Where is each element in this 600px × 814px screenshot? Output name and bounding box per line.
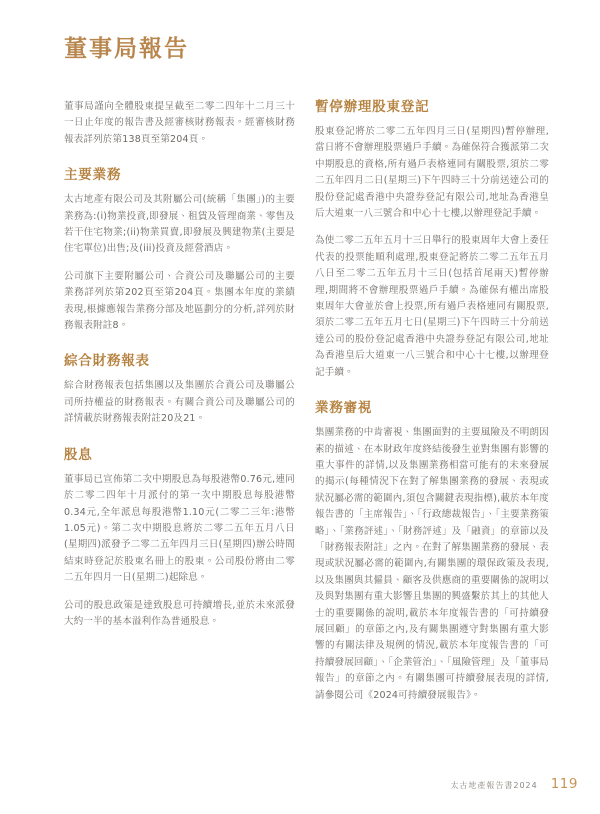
report-page: 董事局報告 董事局謹向全體股東提呈截至二零二四年十二月三十一日止年度的報告書及經… (0, 0, 600, 814)
right-column: 暫停辦理股東登記 股東登記將於二零二五年四月三日(星期四)暫停辦理,當日將不會辦… (315, 95, 549, 715)
heading-consolidated-financial-statements: 綜合財務報表 (64, 349, 295, 369)
heading-principal-activities: 主要業務 (64, 163, 295, 183)
heading-dividends: 股息 (64, 443, 295, 463)
heading-business-review: 業務審視 (315, 396, 549, 416)
section-business-review: 業務審視 集團業務的中肯審視、集團面對的主要風險及不明朗因素的描述、在本財政年度… (315, 396, 549, 704)
heading-closure-of-register: 暫停辦理股東登記 (315, 95, 549, 115)
paragraph: 集團業務的中肯審視、集團面對的主要風險及不明朗因素的描述、在本財政年度終結後發生… (315, 425, 549, 704)
paragraph: 為使二零二五年五月十三日舉行的股東周年大會上委任代表的投票能順利處理,股東登記將… (315, 233, 549, 381)
section-closure-of-register: 暫停辦理股東登記 股東登記將於二零二五年四月三日(星期四)暫停辦理,當日將不會辦… (315, 95, 549, 381)
section-principal-activities: 主要業務 太古地產有限公司及其附屬公司(統稱「集團」)的主要業務為:(i)物業投… (64, 163, 295, 334)
page-title: 董事局報告 (64, 30, 189, 63)
footer-report-name: 太古地產報告書2024 (450, 780, 537, 791)
section-dividends: 股息 董事局已宣佈第二次中期股息為每股港幣0.76元,連同於二零二四年十月派付的… (64, 443, 295, 631)
paragraph: 股東登記將於二零二五年四月三日(星期四)暫停辦理,當日將不會辦理股票過戶手續。為… (315, 124, 549, 222)
footer-page-number: 119 (551, 776, 578, 792)
section-consolidated-financial-statements: 綜合財務報表 綜合財務報表包括集團以及集團於合資公司及聯屬公司所持權益的財務報表… (64, 349, 295, 427)
paragraph: 公司旗下主要附屬公司、合資公司及聯屬公司的主要業務詳列於第202頁至第204頁。… (64, 269, 295, 335)
paragraph: 董事局已宣佈第二次中期股息為每股港幣0.76元,連同於二零二四年十月派付的第一次… (64, 472, 295, 587)
intro-paragraph: 董事局謹向全體股東提呈截至二零二四年十二月三十一日止年度的報告書及經審核財務報表… (64, 99, 295, 148)
paragraph: 公司的股息政策是達致股息可持續增長,並於未來派發大約一半的基本溢利作為普通股息。 (64, 598, 295, 631)
paragraph: 綜合財務報表包括集團以及集團於合資公司及聯屬公司所持權益的財務報表。有關合資公司… (64, 378, 295, 427)
paragraph: 太古地產有限公司及其附屬公司(統稱「集團」)的主要業務為:(i)物業投資,即發展… (64, 192, 295, 258)
left-column: 董事局謹向全體股東提呈截至二零二四年十二月三十一日止年度的報告書及經審核財務報表… (64, 99, 295, 641)
page-footer: 太古地產報告書2024 119 (450, 776, 578, 792)
